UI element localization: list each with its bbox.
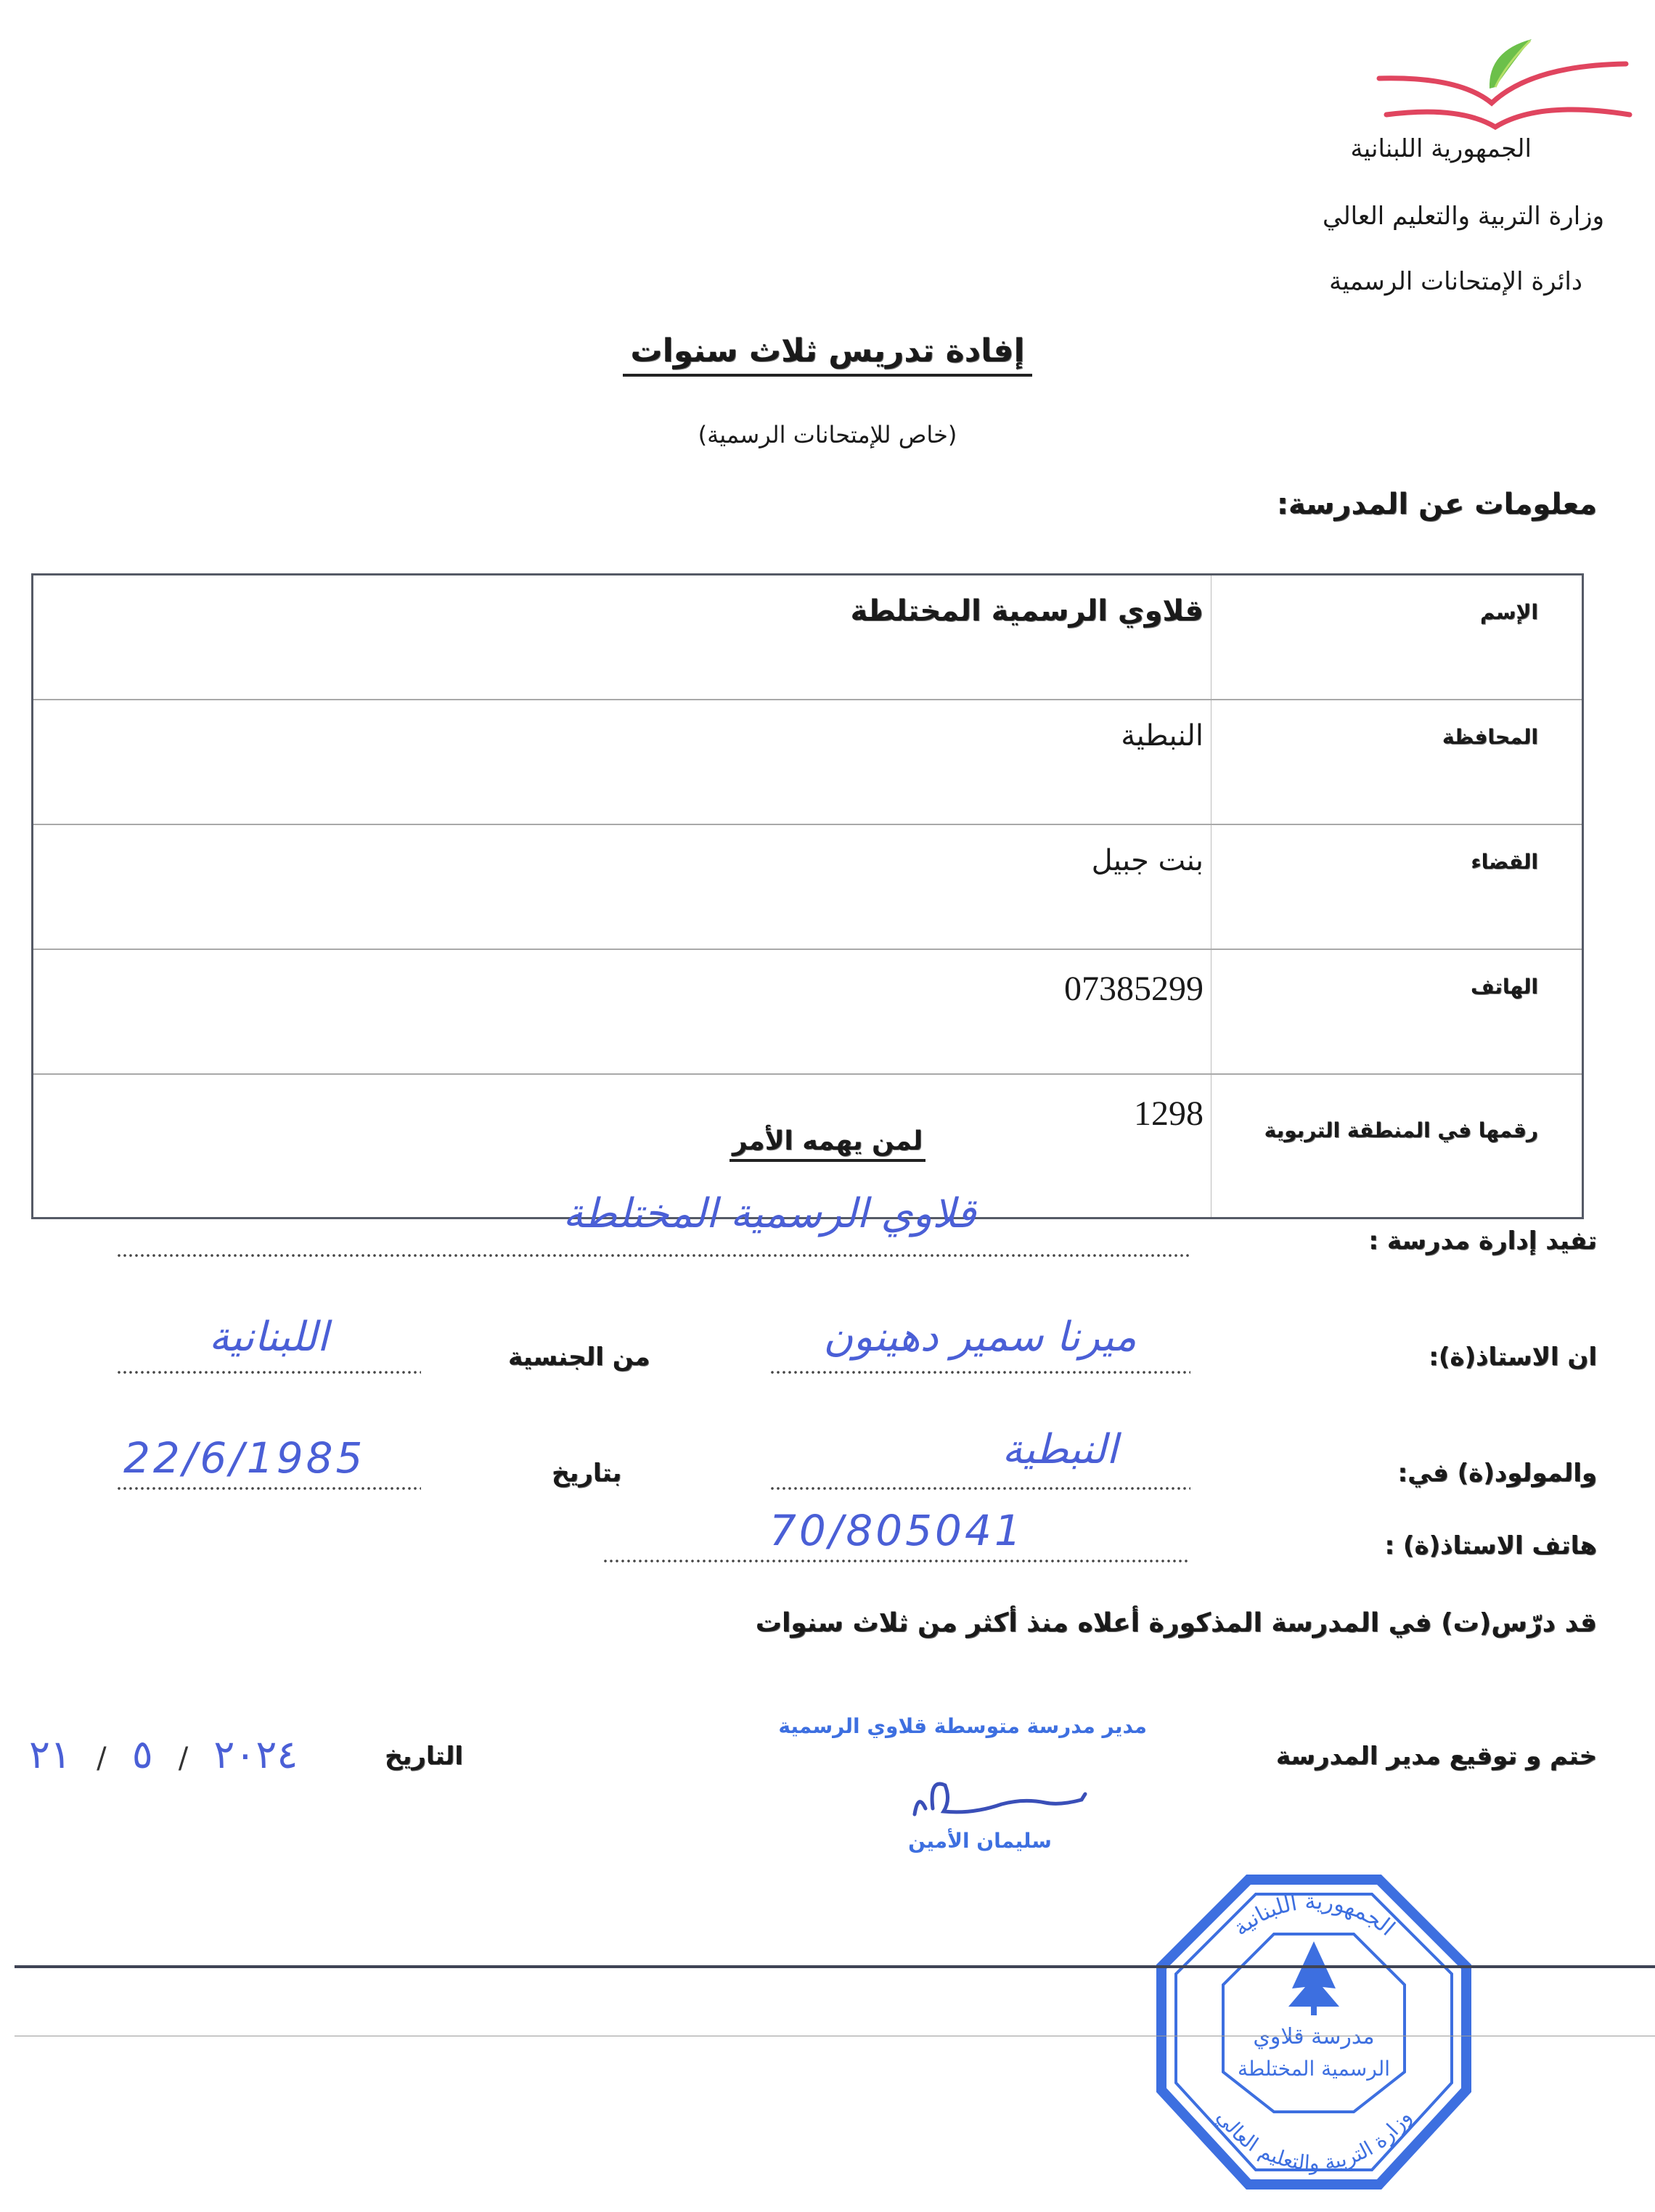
birthplace-handwritten-value: النبطية (951, 1426, 1169, 1473)
table-row: الهاتف 07385299 (33, 949, 1583, 1074)
svg-text:وزارة التربية والتعليم العالي: وزارة التربية والتعليم العالي (1211, 2105, 1415, 2175)
header-republic: الجمهورية اللبنانية (1351, 134, 1532, 163)
table-row: القضاء بنت جبيل (33, 824, 1583, 949)
birthplace-dotted-line (769, 1486, 1190, 1491)
school-info-heading: معلومات عن المدرسة: (1277, 488, 1597, 521)
teacher-phone-label: هاتف الاستاذ(ة) : (1384, 1531, 1597, 1560)
certificate-heading: لمن يهمه الأمر (0, 1126, 1655, 1156)
nationality-handwritten-value: اللبنانية (131, 1314, 406, 1361)
row-value-name: قلاوي الرسمية المختلطة (33, 575, 1211, 700)
issue-date: ٢٠٢٤ / ٥ / ٢١ (29, 1732, 298, 1777)
school-admin-handwritten-value: قلاوي الرسمية المختلطة (406, 1190, 1132, 1237)
table-row: المحافظة النبطية (33, 700, 1583, 824)
teaching-statement: قد درّس(ت) في المدرسة المذكورة أعلاه منذ… (756, 1608, 1597, 1638)
date-separator: / (97, 1742, 106, 1775)
teacher-handwritten-value: ميرنا سمير دهينون (755, 1314, 1205, 1361)
date-day: ٢١ (29, 1732, 71, 1777)
school-admin-dotted-line (116, 1253, 1190, 1258)
row-label-name: الإسم (1211, 575, 1583, 700)
official-seal-icon: مدرسة قلاوي الرسمية المختلطة الجمهورية ا… (1147, 1872, 1481, 2192)
date-label: التاريخ (385, 1742, 463, 1771)
row-value-governorate: النبطية (33, 700, 1211, 824)
row-label-governorate: المحافظة (1211, 700, 1583, 824)
teacher-dotted-line (769, 1370, 1190, 1375)
date-separator: / (179, 1742, 188, 1775)
row-value-phone: 07385299 (33, 949, 1211, 1074)
footer-divider-thick (15, 1965, 1655, 1968)
birthplace-label: والمولود(ة) في: (1398, 1459, 1597, 1488)
certificate-heading-text: لمن يهمه الأمر (730, 1126, 925, 1162)
nationality-dotted-line (116, 1370, 421, 1375)
school-admin-label: تفيد إدارة مدرسة : (1368, 1226, 1597, 1255)
director-signature-icon (900, 1764, 1118, 1829)
school-info-table: الإسم قلاوي الرسمية المختلطة المحافظة ال… (31, 573, 1584, 1219)
date-month: ٥ (132, 1732, 153, 1777)
document-title-text: إفادة تدريس ثلاث سنوات (623, 332, 1031, 377)
ministry-logo-icon (1350, 15, 1640, 131)
table-row: الإسم قلاوي الرسمية المختلطة (33, 575, 1583, 700)
director-stamp-name: سليمان الأمين (857, 1829, 1103, 1853)
document-subtitle: (خاص للإمتحانات الرسمية) (0, 421, 1655, 448)
date-year: ٢٠٢٤ (213, 1732, 298, 1777)
birthdate-handwritten-value: 22/6/1985 (123, 1433, 365, 1483)
teacher-phone-dotted-line (602, 1559, 1190, 1563)
svg-text:مدرسة قلاوي: مدرسة قلاوي (1253, 2024, 1374, 2049)
director-stamp-title: مدير مدرسة متوسطة قلاوي الرسمية (813, 1714, 1147, 1738)
nationality-label: من الجنسية (508, 1343, 650, 1372)
director-signature-label: ختم و توقيع مدير المدرسة (1276, 1742, 1597, 1771)
birthdate-label: بتاريخ (552, 1459, 621, 1488)
row-value-district: بنت جبيل (33, 824, 1211, 949)
teacher-phone-handwritten-value: 70/805041 (769, 1506, 1024, 1555)
header-department: دائرة الإمتحانات الرسمية (1329, 267, 1582, 296)
svg-text:الرسمية المختلطة: الرسمية المختلطة (1238, 2057, 1390, 2081)
row-label-district: القضاء (1211, 824, 1583, 949)
row-label-phone: الهاتف (1211, 949, 1583, 1074)
header-ministry: وزارة التربية والتعليم العالي (1323, 202, 1604, 231)
birthdate-dotted-line (116, 1486, 421, 1491)
document-title: إفادة تدريس ثلاث سنوات (0, 332, 1655, 369)
footer-divider-thin (15, 2036, 1655, 2036)
teacher-label: ان الاستاذ(ة): (1429, 1343, 1597, 1372)
